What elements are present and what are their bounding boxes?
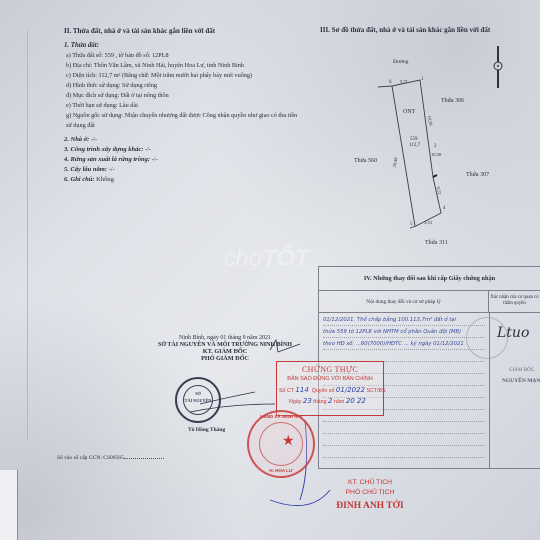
department-seal: SỞ TÀI NGUYÊN	[175, 377, 221, 423]
asset-item: 5. Cây lâu năm: -/-	[64, 165, 304, 175]
handwritten-entry: 01/12/2021. Thế chấp bằng 100.113,7m² đấ…	[323, 317, 456, 323]
neighbor-parcel: Thửa 560	[354, 158, 377, 164]
signature: Ltuo	[497, 325, 529, 341]
road-label: Đường	[393, 59, 408, 65]
signing-role: KT. GIÁM ĐỐC	[140, 348, 310, 355]
neighbor-parcel: Thửa 307	[466, 172, 489, 178]
asset-item: 6. Ghi chú: Không	[64, 175, 304, 185]
certification-stamp: CHỨNG THỰC BẢN SAO ĐÚNG VỚI BẢN CHÍNH Số…	[276, 361, 384, 416]
parcel-area: 112,7	[409, 143, 420, 148]
place-date: Ninh Bình, ngày 01 tháng 9 năm 2021	[140, 335, 310, 341]
land-info-section: II. Thửa đất, nhà ở và tài sản khác gắn …	[64, 26, 304, 185]
asset-item: 2. Nhà ở: -/-	[64, 135, 304, 145]
gcn-number: Số vào sổ cấp GCN: CS00565	[57, 455, 164, 461]
table-title: IV. Những thay đổi sau khi cấp Giấy chứn…	[319, 267, 540, 291]
land-row: e) Thời hạn sử dụng: Lâu dài	[66, 101, 304, 111]
confirm-name: NGUYỄN MẠNH KIÊN	[502, 378, 540, 384]
commune-seal: ★ UBND XÃ NINH HẢI H. HOA LƯ	[247, 410, 315, 478]
other-assets: 2. Nhà ở: -/- 3. Công trình xây dựng khá…	[64, 135, 304, 185]
vertex-label: 4	[443, 206, 446, 211]
asset-item: 3. Công trình xây dựng khác: -/-	[64, 145, 304, 155]
vertex-label: 5	[410, 222, 413, 227]
land-row: đ) Mục đích sử dụng: Đất ở tại nông thôn	[66, 91, 304, 101]
map-section-title: III. Sơ đồ thửa đất, nhà ở và tài sản kh…	[320, 26, 490, 34]
vertex-label: 1	[421, 77, 424, 82]
north-arrow-icon	[492, 44, 504, 92]
signing-role: PHÓ CHỦ TỊCH	[330, 488, 410, 498]
edge-length: 9,52	[436, 186, 442, 195]
land-row: d) Hình thức sử dụng: Sử dụng riêng	[66, 81, 304, 91]
section-title: II. Thửa đất, nhà ở và tài sản khác gắn …	[64, 26, 304, 36]
confirm-title: GIÁM ĐỐC	[509, 368, 534, 373]
handwritten-entry: thửa 559 tờ 12PL8 với NHTM cổ phần Quân …	[323, 329, 461, 335]
column-header: Nội dung thay đổi và cơ sở pháp lý	[319, 291, 489, 312]
signer-name: ĐINH ANH TỚI	[330, 501, 410, 511]
land-row: a) Thửa đất số: 559 , tờ bản đồ số: 12PL…	[66, 51, 304, 61]
paper-edge	[0, 470, 18, 540]
vertex-label: 2	[434, 144, 437, 149]
land-row: b) Địa chỉ: Thôn Văn Lâm, xã Ninh Hải, h…	[66, 61, 304, 71]
edge-length: 10,59	[427, 115, 434, 126]
signing-block: Ninh Bình, ngày 01 tháng 9 năm 2021 SỞ T…	[140, 335, 310, 362]
signer-name: Tô Hồng Thắng	[188, 427, 225, 433]
parcel-use: ONT	[403, 109, 415, 115]
asset-item: 4. Rừng sản xuất là rừng trồng: -/-	[64, 155, 304, 165]
page-border	[27, 30, 28, 440]
land-row: c) Diện tích: 112,7 m² (Bằng chữ: Một tr…	[66, 71, 304, 81]
star-icon: ★	[282, 435, 295, 449]
land-row: g) Nguồn gốc sử dụng: Nhận chuyển nhượng…	[66, 111, 304, 131]
handwritten-entry: theo HĐ số: ...60(7000)/HĐTC ... ký ngày…	[323, 341, 464, 347]
edge-length: 3,53	[424, 220, 432, 225]
commune-signing-block: KT. CHỦ TỊCH PHÓ CHỦ TỊCH ĐINH ANH TỚI	[330, 478, 410, 511]
neighbor-parcel: Thửa 306	[441, 98, 464, 104]
edge-length: 20,48	[392, 157, 399, 168]
vertex-label: 6	[389, 80, 392, 85]
edge-length: 5,71	[400, 79, 408, 84]
parcel-number: 559	[410, 137, 418, 142]
column-header: Xác nhận của cơ quan có thẩm quyền	[489, 291, 540, 312]
edge-length: 10,58	[431, 152, 441, 157]
neighbor-parcel: Thửa 311	[425, 240, 448, 246]
land-heading: 1. Thửa đất:	[64, 41, 304, 51]
table-header: Nội dung thay đổi và cơ sở pháp lý Xác n…	[319, 291, 540, 313]
watermark-logo: chợTỐT	[224, 245, 309, 273]
signing-role: KT. CHỦ TỊCH	[330, 478, 410, 488]
